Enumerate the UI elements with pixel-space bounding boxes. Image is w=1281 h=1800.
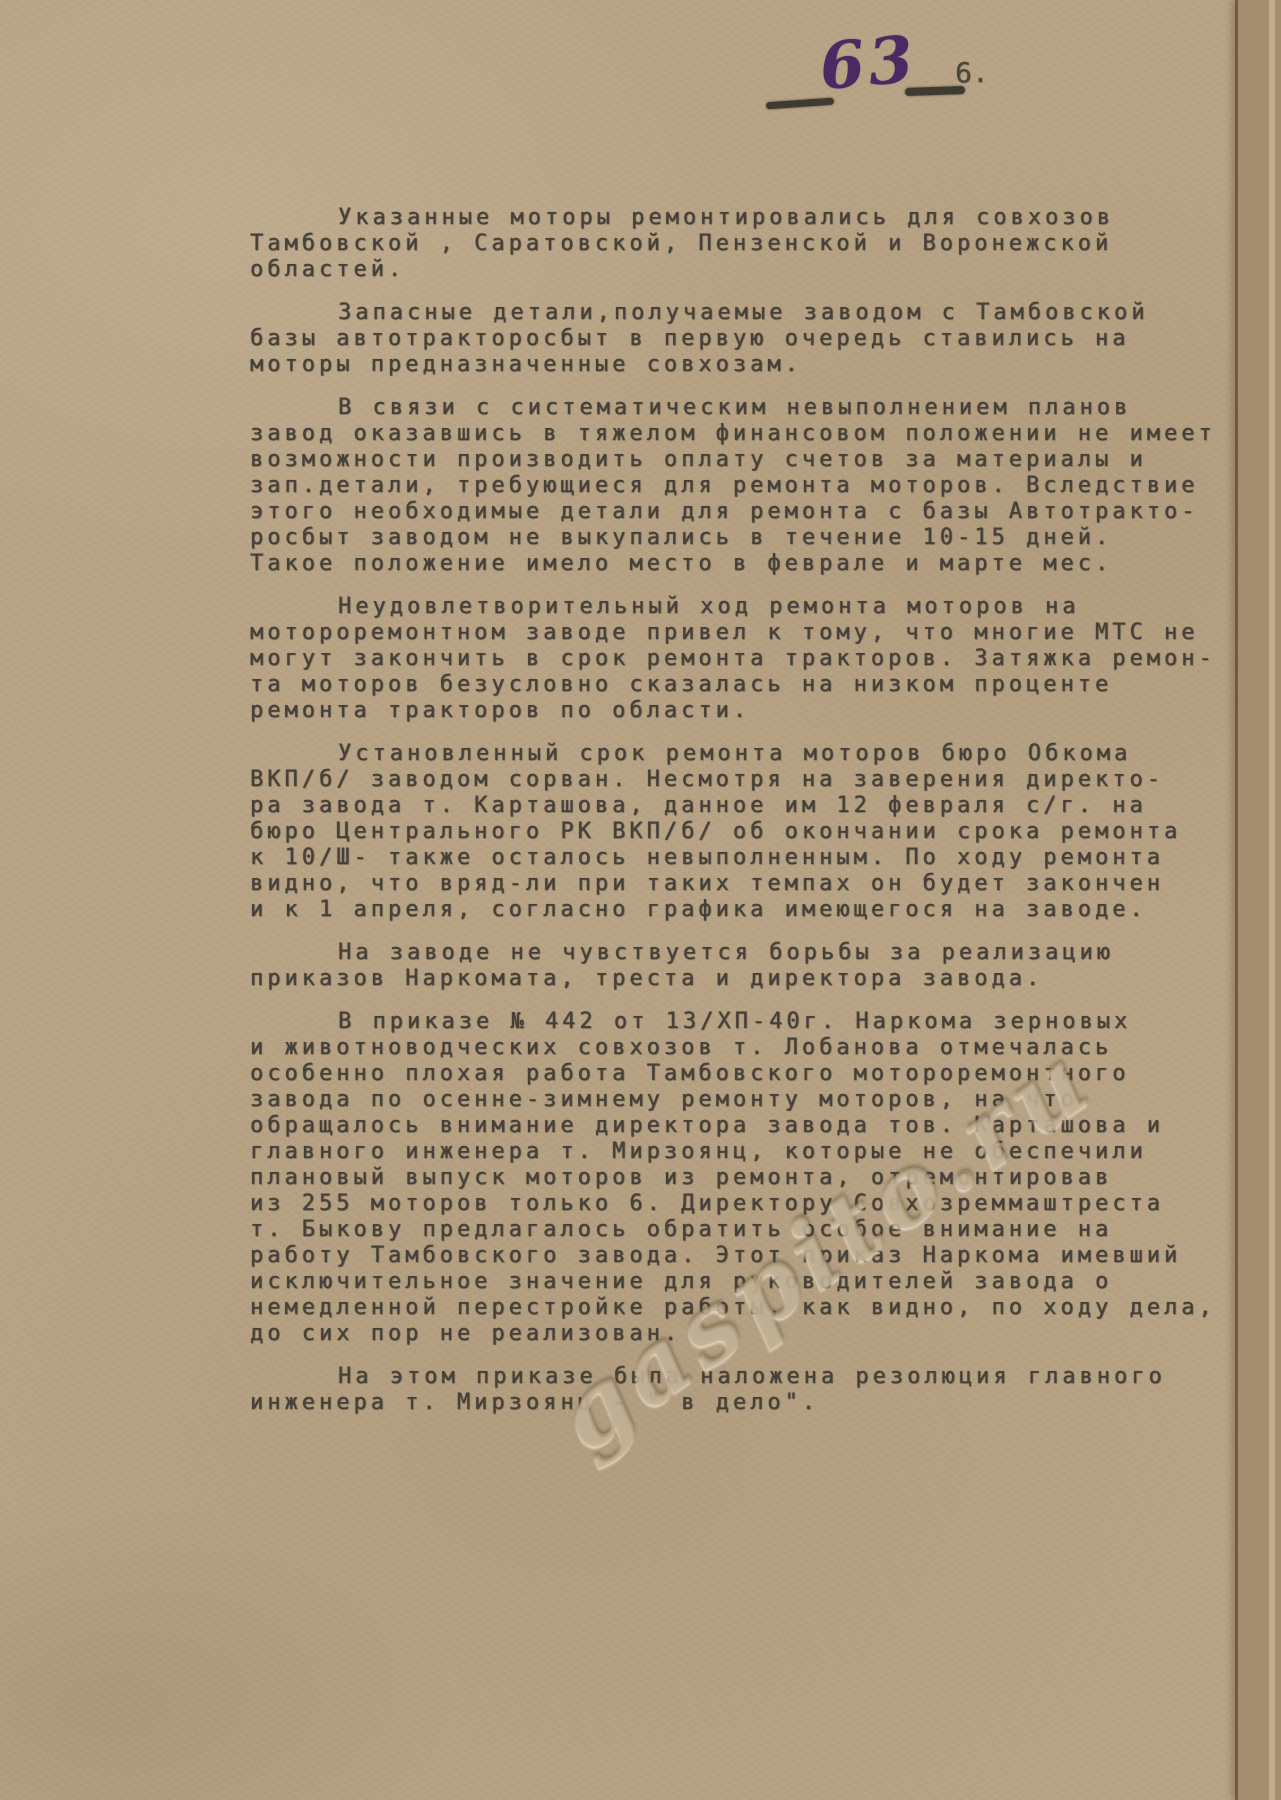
paragraph: Установленный срок ремонта моторов бюро … — [250, 741, 1240, 923]
text-line: видно, что вряд-ли при таких темпах он б… — [250, 871, 1240, 897]
document-body: Указанные моторы ремонтировались для сов… — [250, 205, 1240, 1433]
text-line: до сих пор не реализован. — [250, 1321, 1240, 1347]
text-line: возможности производить оплату счетов за… — [250, 447, 1240, 473]
text-line: Неудовлетворительный ход ремонта моторов… — [250, 594, 1240, 620]
text-line: главного инженера т. Мирзоянц, которые н… — [250, 1139, 1240, 1165]
paragraph: Неудовлетворительный ход ремонта моторов… — [250, 594, 1240, 724]
paragraph: На этом приказе была наложена резолюция … — [250, 1364, 1240, 1416]
text-line: немедленной перестройке работы, как видн… — [250, 1295, 1240, 1321]
page-edge-strip — [1235, 0, 1281, 1800]
text-line: исключительное значение для руководителе… — [250, 1269, 1240, 1295]
text-line: особенно плохая работа Тамбовского мотор… — [250, 1061, 1240, 1087]
paragraph: Указанные моторы ремонтировались для сов… — [250, 205, 1240, 283]
text-line: ремонта тракторов по области. — [250, 698, 1240, 724]
text-line: завод оказавшись в тяжелом финансовом по… — [250, 421, 1240, 447]
text-line: В приказе № 442 от 13/ХП-40г. Наркома зе… — [250, 1009, 1240, 1035]
text-line: Тамбовской , Саратовской, Пензенской и В… — [250, 231, 1240, 257]
text-line: плановый выпуск моторов из ремонта, отре… — [250, 1165, 1240, 1191]
text-line: завода по осенне-зимнему ремонту моторов… — [250, 1087, 1240, 1113]
text-line: Запасные детали,получаемые заводом с Там… — [250, 300, 1240, 326]
text-line: базы автотракторосбыт в первую очередь с… — [250, 326, 1240, 352]
text-line: к 10/Ш- также осталось невыполненным. По… — [250, 845, 1240, 871]
text-line: бюро Центрального РК ВКП/б/ об окончании… — [250, 819, 1240, 845]
text-line: Установленный срок ремонта моторов бюро … — [250, 741, 1240, 767]
text-line: На заводе не чувствуется борьбы за реали… — [250, 940, 1240, 966]
text-line: та моторов безусловно сказалась на низко… — [250, 672, 1240, 698]
text-line: этого необходимые детали для ремонта с б… — [250, 499, 1240, 525]
text-line: и животноводческих совхозов т. Лобанова … — [250, 1035, 1240, 1061]
paragraph: В связи с систематическим невыполнением … — [250, 395, 1240, 577]
typed-page-number: 6. — [955, 56, 989, 89]
text-line: обращалось внимание директора завода тов… — [250, 1113, 1240, 1139]
text-line: приказов Наркомата, треста и директора з… — [250, 966, 1240, 992]
text-line: ра завода т. Карташова, данное им 12 фев… — [250, 793, 1240, 819]
text-line: В связи с систематическим невыполнением … — [250, 395, 1240, 421]
text-line: из 255 моторов только 6. Директору Совхо… — [250, 1191, 1240, 1217]
text-line: и к 1 апреля, согласно графика имеющегос… — [250, 897, 1240, 923]
text-line: моторы предназначенные совхозам. — [250, 352, 1240, 378]
text-line: Такое положение имело место в феврале и … — [250, 551, 1240, 577]
text-line: инженера т. Мирзоянц - " в дело". — [250, 1390, 1240, 1416]
paragraph: Запасные детали,получаемые заводом с Там… — [250, 300, 1240, 378]
text-line: Указанные моторы ремонтировались для сов… — [250, 205, 1240, 231]
scanned-page: 63 6. Указанные моторы ремонтировались д… — [0, 0, 1281, 1800]
paragraph: В приказе № 442 от 13/ХП-40г. Наркома зе… — [250, 1009, 1240, 1347]
text-line: т. Быкову предлагалось обратить особое в… — [250, 1217, 1240, 1243]
text-line: ВКП/б/ заводом сорван. Несмотря на завер… — [250, 767, 1240, 793]
text-line: могут закончить в срок ремонта тракторов… — [250, 646, 1240, 672]
paragraph: На заводе не чувствуется борьбы за реали… — [250, 940, 1240, 992]
text-line: На этом приказе была наложена резолюция … — [250, 1364, 1240, 1390]
text-line: зап.детали, требующиеся для ремонта мото… — [250, 473, 1240, 499]
text-line: мотороремонтном заводе привел к тому, чт… — [250, 620, 1240, 646]
text-line: росбыт заводом не выкупались в течение 1… — [250, 525, 1240, 551]
text-line: работу Тамбовского завода. Этот приказ Н… — [250, 1243, 1240, 1269]
text-line: областей. — [250, 257, 1240, 283]
